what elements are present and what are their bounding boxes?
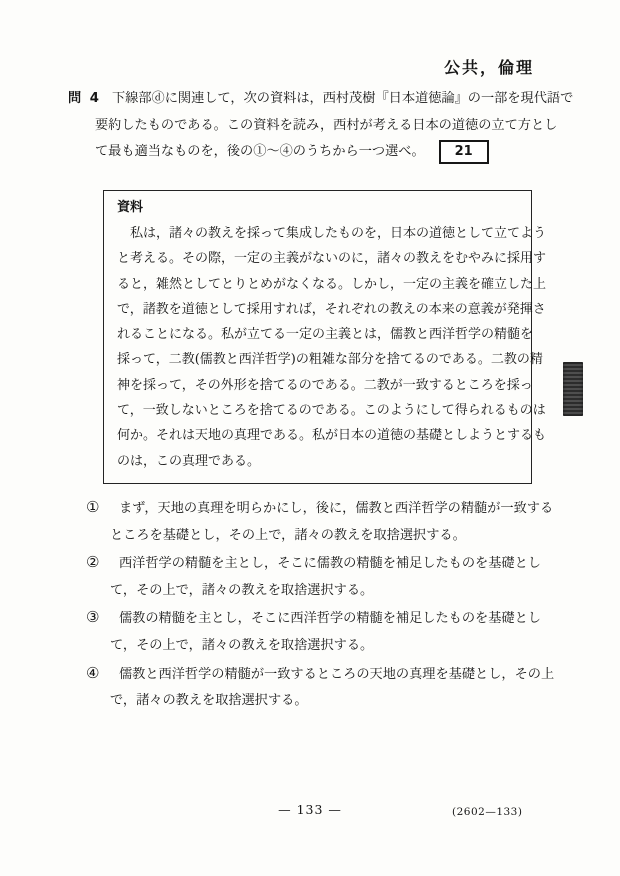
option-1-text-line-2: ところを基礎とし，その上で，諸々の教えを取捨選択する。 [110,523,554,550]
resource-text-line: 何か。それは天地の真理である。私が日本の道徳の基礎としようとするも [117,423,520,448]
option-2-number: ② [86,549,109,576]
option-4-number: ④ [86,660,109,687]
option-3-text-line-1: 儒教の精髄を主とし，そこに西洋哲学の精髄を補足したものを基礎とし [119,611,541,626]
subject-header: 公共，倫理 [444,55,534,78]
question-text-line-2: 要約したものである。この資料を読み，西村が考える日本の道徳の立て方とし [95,113,573,140]
option-3: ③儒教の精髄を主とし，そこに西洋哲学の精髄を補足したものを基礎とし て，その上で… [86,604,554,659]
resource-text-line: 神を採って，その外形を捨てるのである。二教が一致するところを採っ [117,373,520,398]
question-line-1: 問 4下線部ⓓに関連して，次の資料は，西村茂樹『日本道徳論』の一部を現代語で [68,86,573,113]
option-3-line-1-row: ③儒教の精髄を主とし，そこに西洋哲学の精髄を補足したものを基礎とし [86,604,554,633]
resource-text-line: れることになる。私が立てる一定の主義とは，儒教と西洋哲学の精髄を [117,322,520,347]
question-line-3: て最も適当なものを，後の①～④のうちから一つ選べ。21 [95,139,573,166]
options-list: ①まず，天地の真理を明らかにし，後に，儒教と西洋哲学の精髄が一致する ところを基… [86,494,554,715]
option-3-number: ③ [86,604,109,631]
option-4: ④儒教と西洋哲学の精髄が一致するところの天地の真理を基礎とし，その上 で，諸々の… [86,660,554,715]
exam-page: 公共，倫理 問 4下線部ⓓに関連して，次の資料は，西村茂樹『日本道徳論』の一部を… [0,0,620,876]
option-4-text-line-1: 儒教と西洋哲学の精髄が一致するところの天地の真理を基礎とし，その上 [119,667,554,682]
page-number: — 133 — [0,802,620,817]
option-4-text-line-2: で，諸々の教えを取捨選択する。 [110,688,554,715]
question-block: 問 4下線部ⓓに関連して，次の資料は，西村茂樹『日本道徳論』の一部を現代語で 要… [68,86,573,166]
resource-label: 資料 [117,198,520,218]
question-text-line-1: 下線部ⓓに関連して，次の資料は，西村茂樹『日本道徳論』の一部を現代語で [112,91,573,106]
option-2-text-line-2: て，その上で，諸々の教えを取捨選択する。 [110,578,554,605]
answer-number-box: 21 [439,140,489,164]
option-1: ①まず，天地の真理を明らかにし，後に，儒教と西洋哲学の精髄が一致する ところを基… [86,494,554,549]
resource-text-line: と考える。その際，一定の主義がないのに，諸々の教えをむやみに採用す [117,246,520,271]
option-1-text-line-1: まず，天地の真理を明らかにし，後に，儒教と西洋哲学の精髄が一致する [119,501,553,516]
resource-text-line: 私は，諸々の教えを採って集成したものを，日本の道徳として立てよう [117,221,520,246]
resource-text-line: て，一致しないところを捨てるのである。このようにして得られるものは [117,398,520,423]
option-3-text-line-2: て，その上で，諸々の教えを取捨選択する。 [110,633,554,660]
resource-text-line: のは，この真理である。 [117,449,520,474]
resource-text-line: で，諸教を道徳として採用すれば，それぞれの教えの本来の意義が発揮さ [117,297,520,322]
print-code: (2602—133) [452,806,522,818]
option-2-line-1-row: ②西洋哲学の精髄を主とし，そこに儒教の精髄を補足したものを基礎とし [86,549,554,578]
resource-text-line: ると，雑然としてとりとめがなくなる。しかし，一定の主義を確立した上 [117,272,520,297]
question-text-line-3: て最も適当なものを，後の①～④のうちから一つ選べ。 [95,144,425,159]
edge-index-mark [563,362,583,416]
question-number-label: 問 4 [68,91,101,106]
option-2-text-line-1: 西洋哲学の精髄を主とし，そこに儒教の精髄を補足したものを基礎とし [119,556,541,571]
option-1-line-1-row: ①まず，天地の真理を明らかにし，後に，儒教と西洋哲学の精髄が一致する [86,494,554,523]
option-2: ②西洋哲学の精髄を主とし，そこに儒教の精髄を補足したものを基礎とし て，その上で… [86,549,554,604]
resource-text-line: 採って，二教(儒教と西洋哲学)の粗雑な部分を捨てるのである。二教の精 [117,347,520,372]
option-1-number: ① [86,494,109,521]
resource-box: 資料 私は，諸々の教えを採って集成したものを，日本の道徳として立てよう と考える… [103,190,532,484]
option-4-line-1-row: ④儒教と西洋哲学の精髄が一致するところの天地の真理を基礎とし，その上 [86,660,554,689]
